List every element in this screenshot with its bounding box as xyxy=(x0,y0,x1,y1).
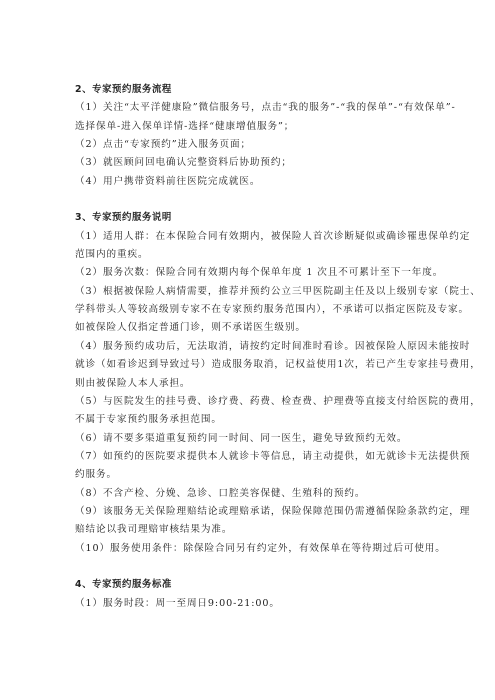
text-line: 选择保单-进入保单详情-选择“健康增值服务”； xyxy=(75,118,435,136)
text-line: （3）根据被保险人病情需要，推荐并预约公立三甲医院副主任及以上级别专家（院士、 xyxy=(75,283,435,301)
text-line: （3）就医顾问回电确认完整资料后协助预约； xyxy=(75,154,435,172)
text-line: （6）请不要多渠道重复预约同一时间、同一医生，避免导致预约无效。 xyxy=(75,430,435,448)
text-line: （9）该服务无关保险理赔结论或理赔承诺，保险保障范围仍需遵循保险条款约定，理 xyxy=(75,503,435,521)
text-line: 赔结论以我司理赔审核结果为准。 xyxy=(75,521,435,539)
text-line: （2）服务次数：保险合同有效期内每个保单年度 1 次且不可累计至下一年度。 xyxy=(75,264,435,282)
text-line: （8）不含产检、分娩、急诊、口腔美容保健、生殖科的预约。 xyxy=(75,485,435,503)
text-line: （10）服务使用条件：除保险合同另有约定外，有效保单在等待期过后可使用。 xyxy=(75,540,435,558)
text-line: 则由被保险人本人承担。 xyxy=(75,375,435,393)
text-line: 就诊（如看诊迟到导致过号）造成服务取消，记权益使用1次，若已产生专家挂号费用， xyxy=(75,356,435,374)
section-heading: 4、专家预约服务标准 xyxy=(75,576,435,594)
document-page: 2、专家预约服务流程 （1）关注“太平洋健康险”微信服务号，点击“我的服务”-“… xyxy=(75,81,435,613)
paragraph-gap xyxy=(75,191,435,209)
text-line: 学科带头人等较高级别专家不在专家预约服务范围内），不承诺可以指定医院及专家。 xyxy=(75,301,435,319)
text-line: （2）点击“专家预约”进入服务页面； xyxy=(75,136,435,154)
paragraph-gap xyxy=(75,558,435,576)
text-line: （1）服务时段：周一至周日9:00-21:00。 xyxy=(75,595,435,613)
text-line: 范围内的重疾。 xyxy=(75,246,435,264)
text-line: 约服务。 xyxy=(75,466,435,484)
section-heading: 3、专家预约服务说明 xyxy=(75,209,435,227)
text-line: （4）用户携带资料前往医院完成就医。 xyxy=(75,173,435,191)
text-line: （4）服务预约成功后，无法取消，请按约定时间准时看诊。因被保险人原因未能按时 xyxy=(75,338,435,356)
text-line: 不属于专家预约服务承担范围。 xyxy=(75,411,435,429)
text-line: （1）关注“太平洋健康险”微信服务号，点击“我的服务”-“我的保单”-“有效保单… xyxy=(75,99,435,117)
text-line: （5）与医院发生的挂号费、诊疗费、药费、检查费、护理费等直接支付给医院的费用， xyxy=(75,393,435,411)
section-heading: 2、专家预约服务流程 xyxy=(75,81,435,99)
text-line: （7）如预约的医院要求提供本人就诊卡等信息，请主动提供，如无就诊卡无法提供预 xyxy=(75,448,435,466)
text-line: 如被保险人仅指定普通门诊，则不承诺医生级别。 xyxy=(75,319,435,337)
text-line: （1）适用人群：在本保险合同有效期内，被保险人首次诊断疑似或确诊罹患保单约定 xyxy=(75,228,435,246)
